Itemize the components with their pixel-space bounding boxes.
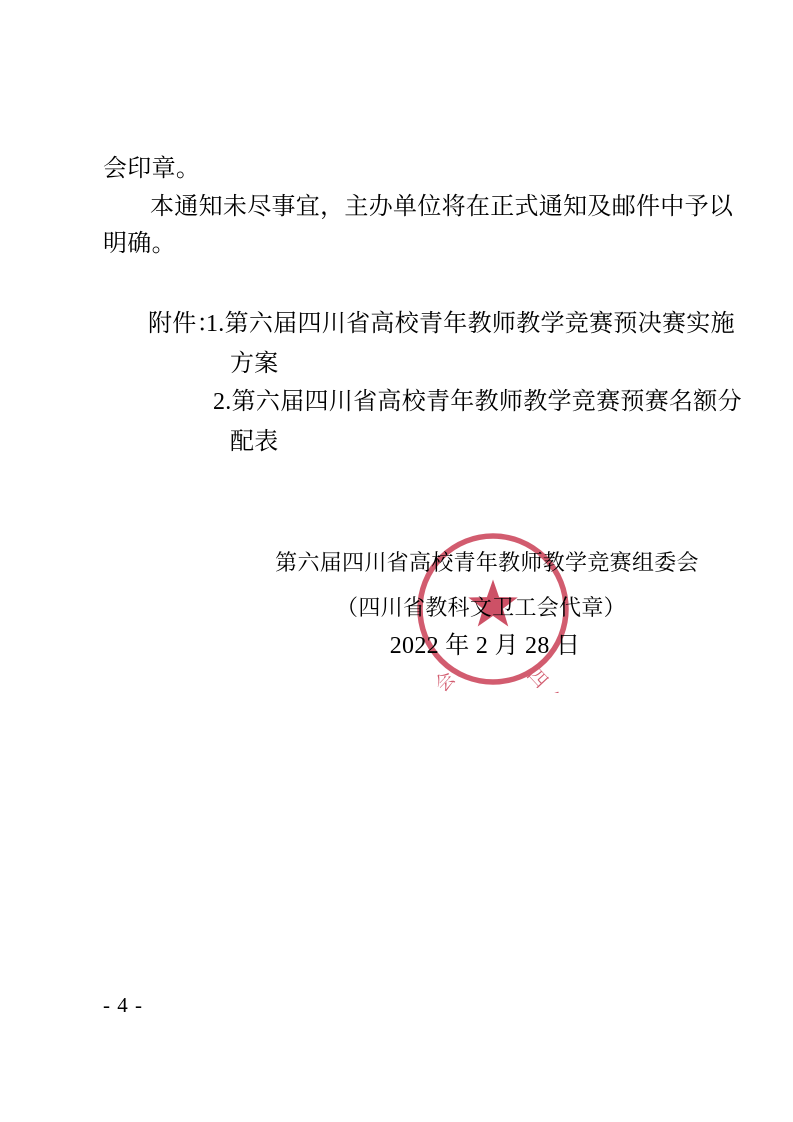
attachment-item-1-line-1: 1.第六届四川省高校青年教师教学竞赛预决赛实施	[206, 311, 735, 337]
attachment-item-2-line-2: 配表	[230, 429, 279, 455]
page-number: - 4 -	[103, 993, 143, 1018]
body-paragraph-line: 本通知未尽事宜，主办单位将在正式通知及邮件中予以	[150, 194, 733, 220]
body-paragraph-line: 明确。	[103, 231, 176, 257]
official-seal-stamp-icon: 四川省教科文卫工会委员会	[409, 525, 577, 693]
attachment-item-2-line-1: 2.第六届四川省高校青年教师教学竞赛预赛名额分	[213, 389, 742, 415]
seal-rim-text: 四川省教科文卫工会委员会	[418, 664, 568, 693]
attachment-item-1-line-2: 方案	[230, 351, 279, 377]
document-page: 会印章。 本通知未尽事宜，主办单位将在正式通知及邮件中予以 明确。 附件： 1.…	[0, 0, 793, 1122]
seal-star-icon	[468, 580, 517, 627]
body-paragraph-line: 会印章。	[103, 156, 200, 182]
